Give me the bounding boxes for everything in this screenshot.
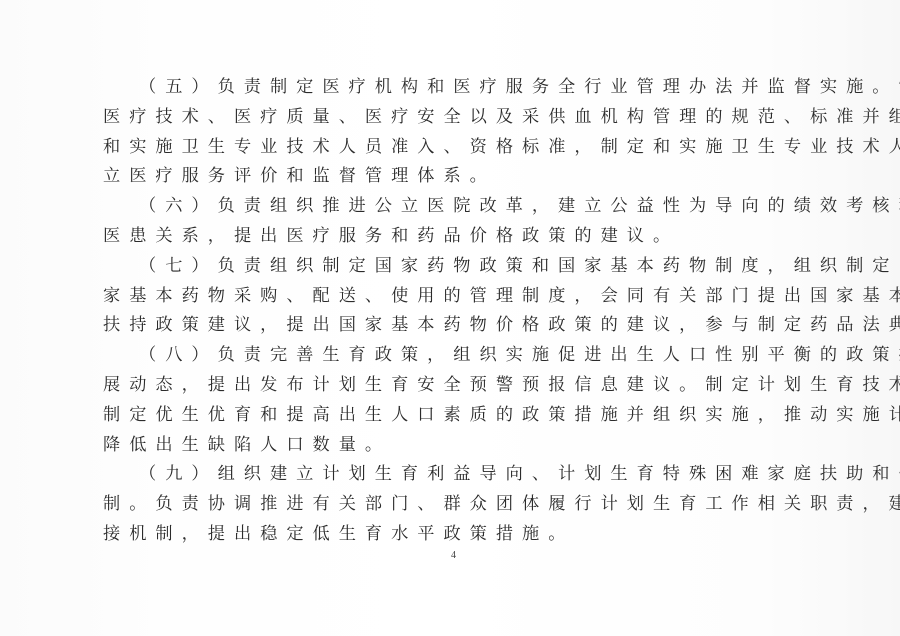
text-line: 降低出生缺陷人口数量。 xyxy=(103,431,813,461)
text-line: （九）组织建立计划生育利益导向、计划生育特殊困难家庭扶助和促进计划生育家庭发展等… xyxy=(103,460,813,490)
text-line: 制定优生优育和提高出生人口素质的政策措施并组织实施，推动实施计划生育生殖健康促进… xyxy=(103,401,813,431)
page-number: 4 xyxy=(451,550,456,561)
document-page: （五）负责制定医疗机构和医疗服务全行业管理办法并监督实施。制定医疗机构及其医疗服… xyxy=(0,0,900,636)
text-line: （五）负责制定医疗机构和医疗服务全行业管理办法并监督实施。制定医疗机构及其医疗服… xyxy=(103,73,813,103)
text-line: （八）负责完善生育政策，组织实施促进出生人口性别平衡的政策措施，组织监测计划生育… xyxy=(103,341,813,371)
paragraph-7: （七）负责组织制定国家药物政策和国家基本药物制度，组织制定国家基本药物目录，拟订… xyxy=(103,252,813,341)
text-line: 家基本药物采购、配送、使用的管理制度，会同有关部门提出国家基本药物目录内药品生产… xyxy=(103,282,813,312)
paragraph-6: （六）负责组织推进公立医院改革，建立公益性为导向的绩效考核和评价运行机制，建设和… xyxy=(103,192,813,252)
text-line: 扶持政策建议，提出国家基本药物价格政策的建议，参与制定药品法典。 xyxy=(103,311,813,341)
text-line: 和实施卫生专业技术人员准入、资格标准，制定和实施卫生专业技术人员执业规则和服务规… xyxy=(103,133,813,163)
paragraph-9: （九）组织建立计划生育利益导向、计划生育特殊困难家庭扶助和促进计划生育家庭发展等… xyxy=(103,460,813,549)
text-line: 接机制，提出稳定低生育水平政策措施。 xyxy=(103,520,813,550)
paragraph-5: （五）负责制定医疗机构和医疗服务全行业管理办法并监督实施。制定医疗机构及其医疗服… xyxy=(103,73,813,192)
text-line: 展动态，提出发布计划生育安全预警预报信息建议。制定计划生育技术服务管理制度并监督… xyxy=(103,371,813,401)
text-line: 立医疗服务评价和监督管理体系。 xyxy=(103,162,813,192)
text-line: （七）负责组织制定国家药物政策和国家基本药物制度，组织制定国家基本药物目录，拟订… xyxy=(103,252,813,282)
document-body: （五）负责制定医疗机构和医疗服务全行业管理办法并监督实施。制定医疗机构及其医疗服… xyxy=(103,73,813,550)
text-line: 制。负责协调推进有关部门、群众团体履行计划生育工作相关职责，建立与经济社会发展政… xyxy=(103,490,813,520)
paragraph-8: （八）负责完善生育政策，组织实施促进出生人口性别平衡的政策措施，组织监测计划生育… xyxy=(103,341,813,460)
text-line: 医患关系，提出医疗服务和药品价格政策的建议。 xyxy=(103,222,813,252)
text-line: （六）负责组织推进公立医院改革，建立公益性为导向的绩效考核和评价运行机制，建设和… xyxy=(103,192,813,222)
text-line: 医疗技术、医疗质量、医疗安全以及采供血机构管理的规范、标准并组织实施，会同有关部… xyxy=(103,103,813,133)
